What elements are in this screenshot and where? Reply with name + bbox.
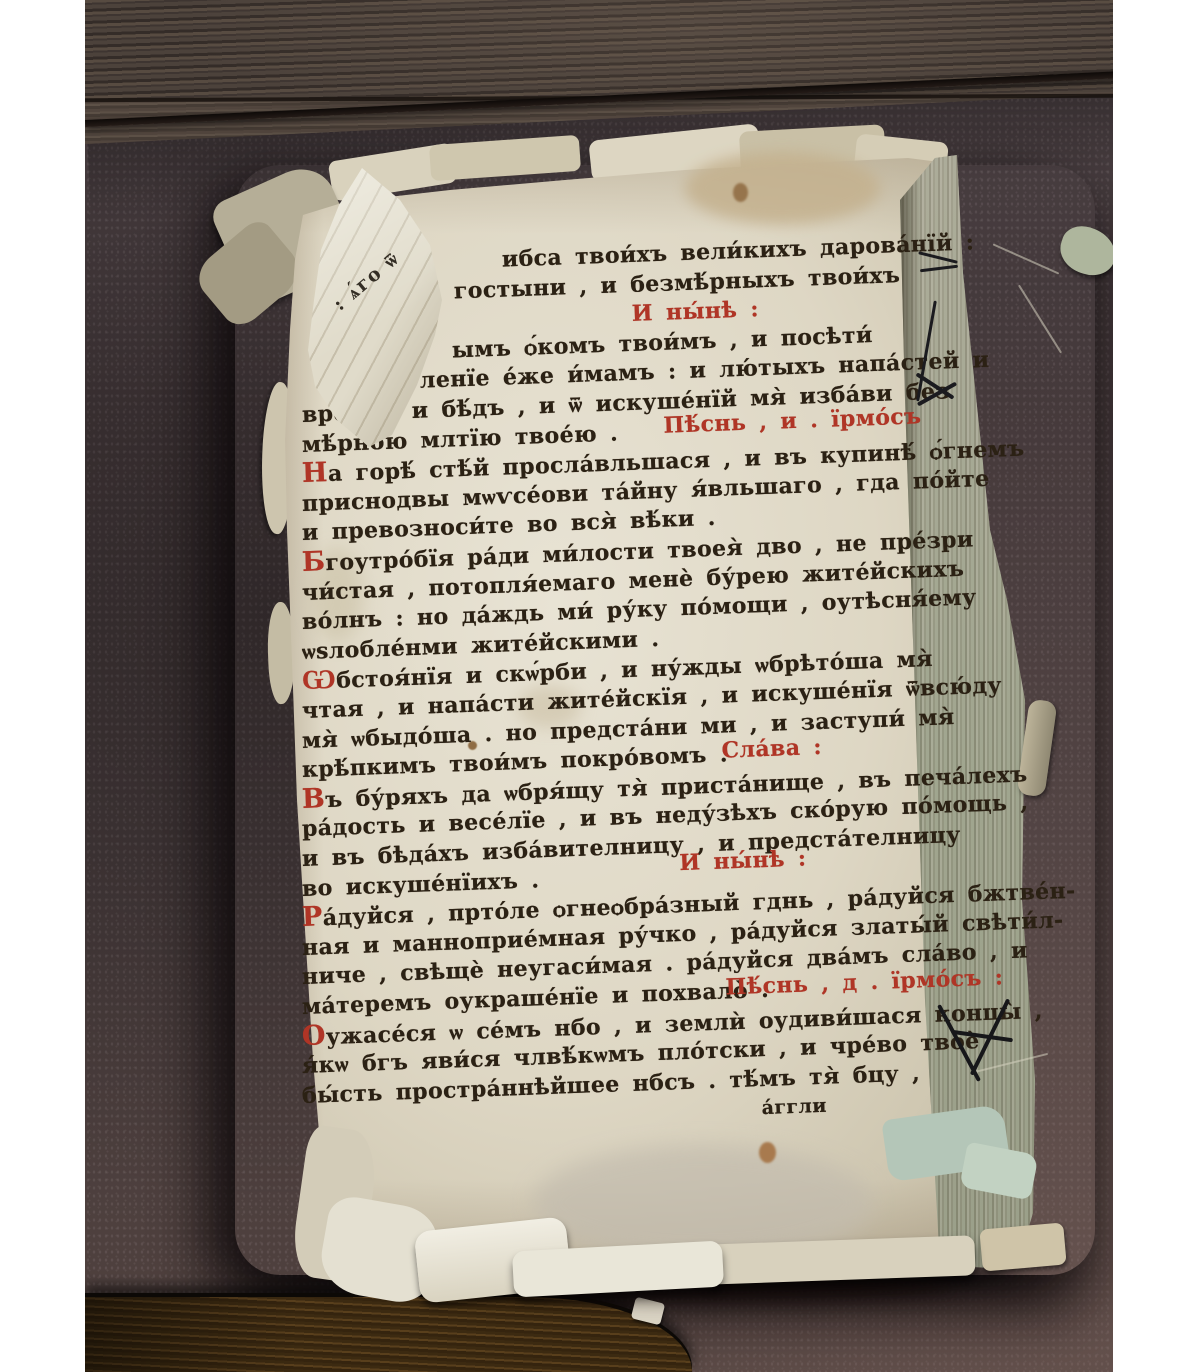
photo-of-old-book-page: { "scene": { "type": "photograph", "subj…	[0, 0, 1200, 1372]
handwritten-scribble: : ѧ́го ѿ	[329, 247, 405, 316]
rubric-text: Н	[301, 457, 328, 489]
rubric-text: Ѡ	[301, 664, 336, 696]
body-text: а́ггли	[761, 1095, 827, 1119]
rubric-text: Сла́ва :	[721, 732, 822, 766]
photo-area: ибса твои́хъ вели́кихъ дарова́нїй :госты…	[85, 0, 1113, 1372]
rubric-text: Р	[301, 901, 323, 933]
bottom-left-table-wood	[85, 1297, 692, 1372]
rubric-text: О	[301, 1020, 326, 1052]
page-stain-dot	[733, 183, 748, 202]
rubric-text: И ны́нѣ :	[679, 843, 807, 878]
rubric-text: В	[301, 783, 325, 815]
tan-page-fragment	[979, 1222, 1066, 1271]
rubric-text: Б	[301, 546, 326, 578]
rubric-text: И ны́нѣ :	[631, 296, 759, 327]
page-stain	[685, 152, 880, 224]
page-stain-dot	[759, 1142, 776, 1163]
